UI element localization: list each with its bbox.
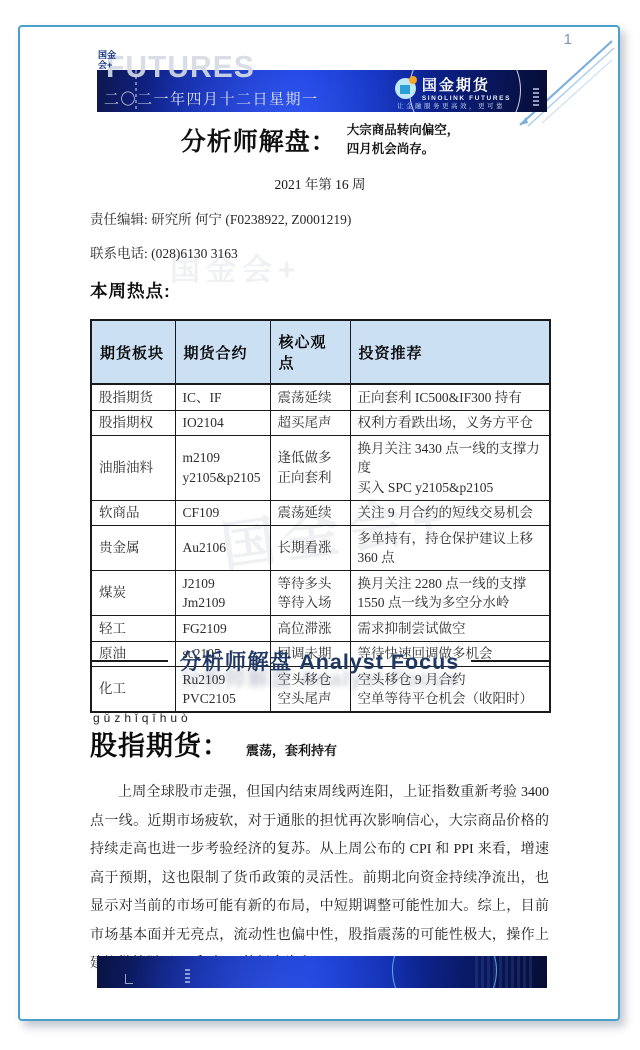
cell-view: 超买尾声 (270, 410, 350, 436)
topic-subtitle: 震荡，套利持有 (246, 740, 337, 759)
cell-advice: 换月关注 2280 点一线的支撑 1550 点一线为多空分水岭 (350, 571, 550, 616)
cell-sector: 煤炭 (91, 571, 175, 616)
table-row: 股指期权 IO2104 超买尾声 权利方看跌出场，义务方平仓 (91, 410, 550, 436)
cell-view: 等待多头 等待入场 (270, 571, 350, 616)
logo-name-cn: 国金期货 (422, 74, 511, 95)
heading-rule-right (471, 660, 549, 662)
report-subtitle-line1: 大宗商品转向偏空， (347, 123, 460, 137)
report-subtitle: 大宗商品转向偏空， 四月机会尚存。 (347, 121, 460, 159)
table-row: 煤炭 J2109 Jm2109 等待多头 等待入场 换月关注 2280 点一线的… (91, 571, 550, 616)
banner-dots-decoration (533, 88, 539, 106)
cell-advice: 关注 9 月合约的短线交易机会 (350, 500, 550, 526)
cell-contract: IC、IF (175, 384, 270, 410)
table-row: 贵金属 Au2106 长期看涨 多单持有，持仓保护建议上移 360 点 (91, 526, 550, 571)
report-title-row: 分析师解盘： 大宗商品转向偏空， 四月机会尚存。 (90, 121, 550, 159)
topic-row: 股指期货： 震荡，套利持有 (90, 724, 337, 763)
gj-mark-line2: 会+ (98, 60, 116, 70)
col-header-contract: 期货合约 (175, 320, 270, 384)
futures-wordmark: FUTURES (106, 49, 255, 85)
table-row: 油脂油料 m2109 y2105&p2105 逢低做多 正向套利 换月关注 34… (91, 436, 550, 501)
analyst-focus-heading: 分析师解盘 Analyst Focus (90, 645, 549, 676)
sinolink-logo-icon (395, 78, 416, 99)
cell-view: 震荡延续 (270, 384, 350, 410)
logo-text: 国金期货 SINOLINK FUTURES (422, 74, 511, 102)
col-header-advice: 投资推荐 (350, 320, 550, 384)
cell-sector: 股指期货 (91, 384, 175, 410)
cell-sector: 软商品 (91, 500, 175, 526)
footer-texture-decoration (475, 956, 535, 988)
footer-banner (97, 956, 547, 988)
report-subtitle-line2: 四月机会尚存。 (347, 142, 435, 156)
banner-tagline: 让金融服务更高效，更可靠 (397, 101, 505, 110)
topic-pinyin: gǔzhǐqīhuò (93, 711, 192, 725)
cell-advice: 换月关注 3430 点一线的支撑力度 买入 SPC y2105&p2105 (350, 436, 550, 501)
analyst-focus-title: 分析师解盘 Analyst Focus (180, 645, 459, 676)
cell-sector: 股指期权 (91, 410, 175, 436)
cell-sector: 贵金属 (91, 526, 175, 571)
editor-line: 责任编辑: 研究所 何宁 (F0238922, Z0001219) (90, 208, 351, 228)
table-row: 轻工 FG2109 高位滞涨 需求抑制尝试做空 (91, 616, 550, 642)
table-header-row: 期货板块 期货合约 核心观点 投资推荐 (91, 320, 550, 384)
cell-contract: IO2104 (175, 410, 270, 436)
cell-view: 震荡延续 (270, 500, 350, 526)
gj-mark-line1: 国金 (98, 50, 116, 60)
logo-orange-dot-icon (409, 76, 417, 84)
footer-tick-decoration (125, 974, 133, 984)
cell-advice: 权利方看跌出场，义务方平仓 (350, 410, 550, 436)
cell-advice: 多单持有，持仓保护建议上移 360 点 (350, 526, 550, 571)
cell-contract: m2109 y2105&p2105 (175, 436, 270, 501)
cell-view: 高位滞涨 (270, 616, 350, 642)
report-page: 1 国金会+ 国金会+ 二〇二一年四月十二日星期一 国金期货 SINOLINK … (18, 25, 620, 1021)
phone-line: 联系电话: (028)6130 3163 (90, 242, 238, 262)
cell-contract: Au2106 (175, 526, 270, 571)
cell-contract: CF109 (175, 500, 270, 526)
cell-sector: 油脂油料 (91, 436, 175, 501)
col-header-view: 核心观点 (270, 320, 350, 384)
footer-dots-decoration (185, 969, 190, 983)
report-title: 分析师解盘： (181, 122, 337, 158)
heading-rule-left (90, 660, 168, 662)
gj-corner-mark: 国金 会+ (98, 50, 116, 70)
sinolink-logo: 国金期货 SINOLINK FUTURES (395, 74, 511, 102)
cell-sector: 轻工 (91, 616, 175, 642)
table-row: 股指期货 IC、IF 震荡延续 正向套利 IC500&IF300 持有 (91, 384, 550, 410)
col-header-sector: 期货板块 (91, 320, 175, 384)
hot-topics-heading: 本周热点: (90, 278, 171, 303)
cell-advice: 需求抑制尝试做空 (350, 616, 550, 642)
cell-contract: FG2109 (175, 616, 270, 642)
cell-contract: J2109 Jm2109 (175, 571, 270, 616)
topic-title: 股指期货： (90, 724, 230, 763)
week-label: 2021 年第 16 周 (90, 173, 550, 193)
banner-date: 二〇二一年四月十二日星期一 (104, 88, 319, 109)
analysis-paragraph: 上周全球股市走强，但国内结束周线两连阳，上证指数重新考验 3400 点一线。近期… (90, 779, 549, 979)
cell-view: 逢低做多 正向套利 (270, 436, 350, 501)
cell-advice: 正向套利 IC500&IF300 持有 (350, 384, 550, 410)
cell-view: 长期看涨 (270, 526, 350, 571)
table-row: 软商品 CF109 震荡延续 关注 9 月合约的短线交易机会 (91, 500, 550, 526)
